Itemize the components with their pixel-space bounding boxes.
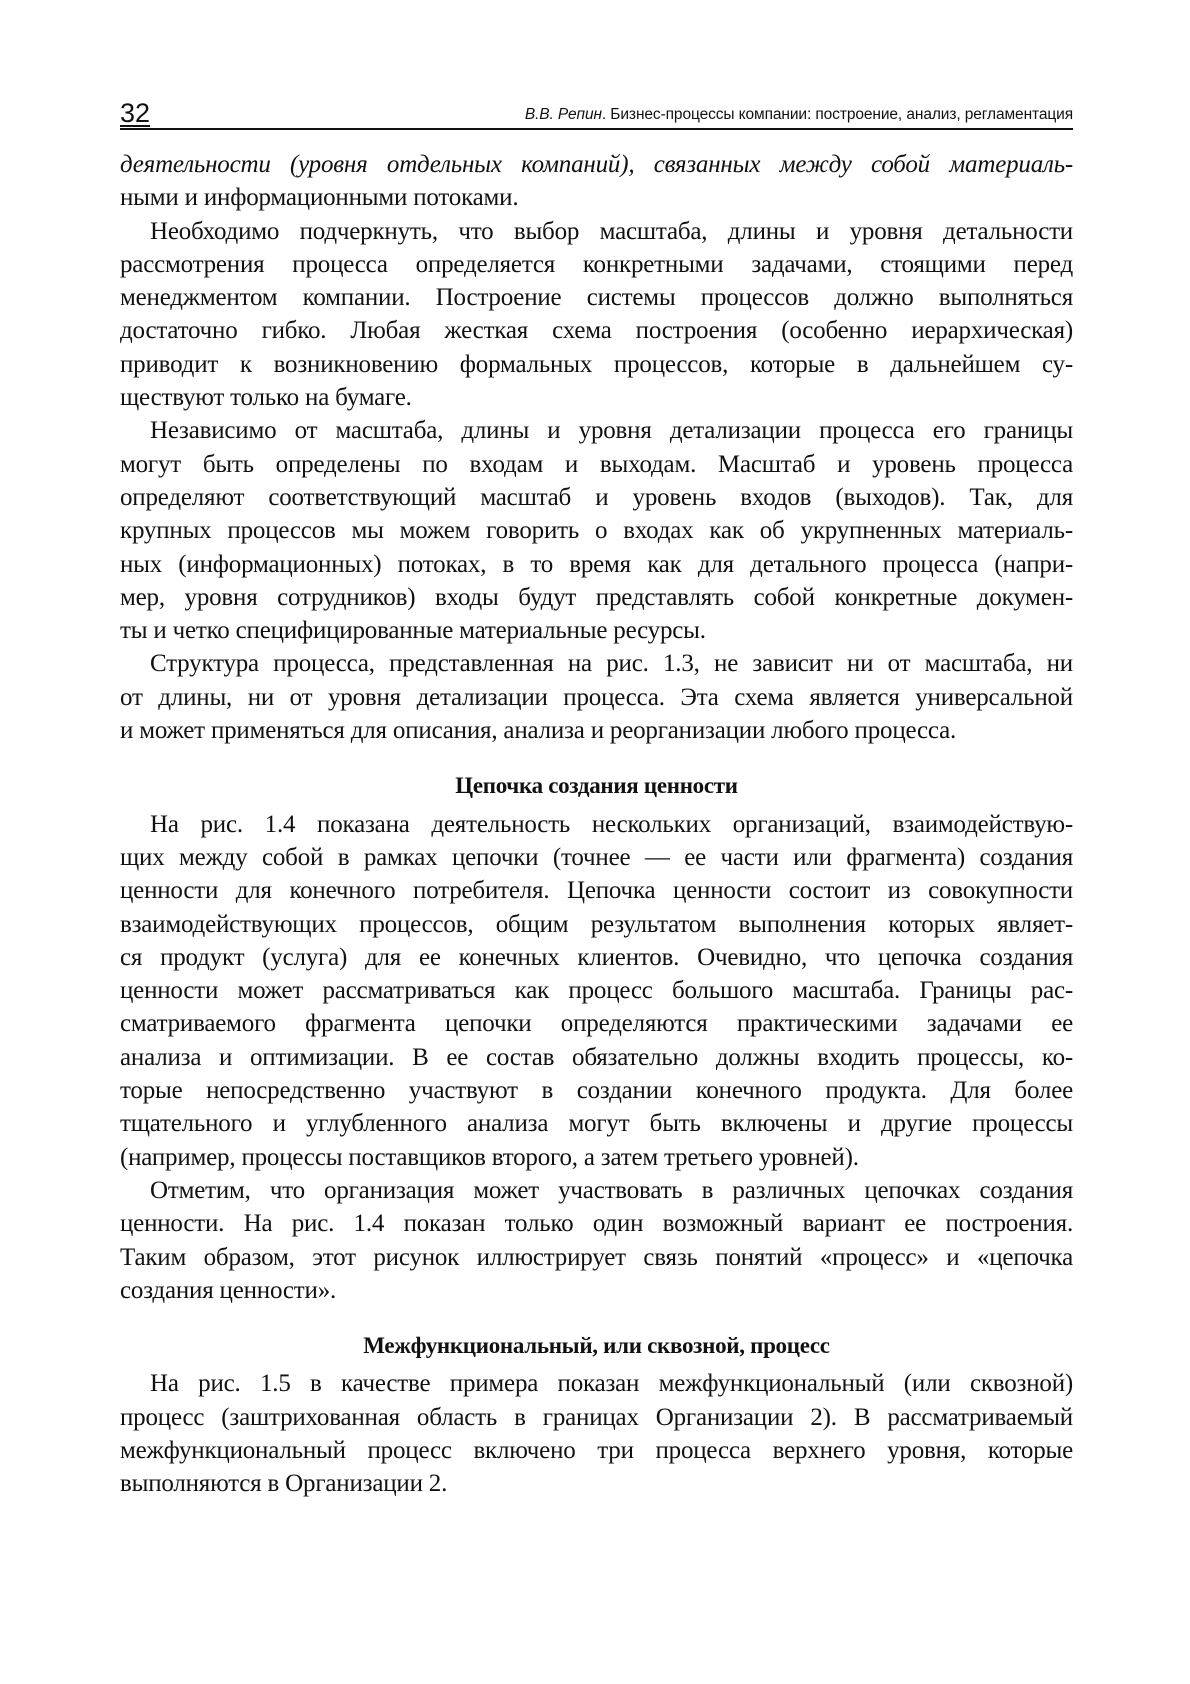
text-line: ными и информационными потоками.: [120, 181, 1073, 214]
text-line: процесс (заштрихованная область в границ…: [120, 1401, 1073, 1434]
text-line: (например, процессы поставщиков второго,…: [120, 1141, 1073, 1174]
text-line: приводит к возникновению формальных проц…: [120, 348, 1073, 381]
paragraph: деятельности (уровня отдельных компаний)…: [120, 148, 1073, 215]
text-line: Структура процесса, представленная на ри…: [120, 647, 1073, 680]
text-line: и может применяться для описания, анализ…: [120, 714, 1073, 747]
text-line: ценности может рассматриваться как проце…: [120, 974, 1073, 1007]
section-heading: Цепочка создания ценности: [120, 769, 1073, 802]
section-heading: Межфункциональный, или сквозной, процесс: [120, 1329, 1073, 1362]
page-number: 32: [120, 98, 150, 129]
running-title: В.В. Репин. Бизнес-процессы компании: по…: [525, 106, 1073, 124]
text-line: взаимодействующих процессов, общим резул…: [120, 908, 1073, 941]
author-name: В.В. Репин: [525, 106, 602, 123]
text-line: сматриваемого фрагмента цепочки определя…: [120, 1007, 1073, 1040]
text-line: щих между собой в рамках цепочки (точнее…: [120, 841, 1073, 874]
text-line: Необходимо подчеркнуть, что выбор масшта…: [120, 215, 1073, 248]
text-line: мер, уровня сотрудников) входы будут пре…: [120, 581, 1073, 614]
paragraph: На рис. 1.4 показана деятельность нескол…: [120, 808, 1073, 1174]
paragraph: Независимо от масштаба, длины и уровня д…: [120, 414, 1073, 647]
text-line: рассмотрения процесса определяется конкр…: [120, 248, 1073, 281]
paragraph: Отметим, что организация может участвова…: [120, 1174, 1073, 1307]
page-body: деятельности (уровня отдельных компаний)…: [120, 148, 1073, 1501]
text-line: создания ценности».: [120, 1274, 1073, 1307]
book-page: 32 В.В. Репин. Бизнес-процессы компании:…: [0, 0, 1190, 1684]
text-line: межфункциональный процесс включено три п…: [120, 1434, 1073, 1467]
text-line: от длины, ни от уровня детализации проце…: [120, 681, 1073, 714]
paragraph: На рис. 1.5 в качестве примера показан м…: [120, 1367, 1073, 1500]
text-line: деятельности (уровня отдельных компаний)…: [120, 148, 1073, 181]
text-line: Таким образом, этот рисунок иллюстрирует…: [120, 1241, 1073, 1274]
book-title: . Бизнес-процессы компании: построение, …: [602, 106, 1073, 123]
text-line: крупных процессов мы можем говорить о вх…: [120, 514, 1073, 547]
text-line: анализа и оптимизации. В ее состав обяза…: [120, 1041, 1073, 1074]
running-header: 32 В.В. Репин. Бизнес-процессы компании:…: [120, 98, 1073, 130]
text-line: Отметим, что организация может участвова…: [120, 1174, 1073, 1207]
text-line: могут быть определены по входам и выхода…: [120, 448, 1073, 481]
text-line: выполняются в Организации 2.: [120, 1467, 1073, 1500]
text-line: определяют соответствующий масштаб и уро…: [120, 481, 1073, 514]
text-line: менеджментом компании. Построение систем…: [120, 281, 1073, 314]
text-line: ценности для конечного потребителя. Цепо…: [120, 874, 1073, 907]
text-line: На рис. 1.5 в качестве примера показан м…: [120, 1367, 1073, 1400]
paragraph: Структура процесса, представленная на ри…: [120, 647, 1073, 747]
text-line: тщательного и углубленного анализа могут…: [120, 1107, 1073, 1140]
text-line: ты и четко специфицированные материальны…: [120, 614, 1073, 647]
text-line: торые непосредственно участвуют в создан…: [120, 1074, 1073, 1107]
text-line: достаточно гибко. Любая жесткая схема по…: [120, 314, 1073, 347]
text-line: Независимо от масштаба, длины и уровня д…: [120, 414, 1073, 447]
text-line: ся продукт (услуга) для ее конечных клие…: [120, 941, 1073, 974]
text-line: ществуют только на бумаге.: [120, 381, 1073, 414]
text-line: ценности. На рис. 1.4 показан только оди…: [120, 1207, 1073, 1240]
text-line: На рис. 1.4 показана деятельность нескол…: [120, 808, 1073, 841]
paragraph: Необходимо подчеркнуть, что выбор масшта…: [120, 215, 1073, 415]
text-line: ных (информационных) потоках, в то время…: [120, 548, 1073, 581]
